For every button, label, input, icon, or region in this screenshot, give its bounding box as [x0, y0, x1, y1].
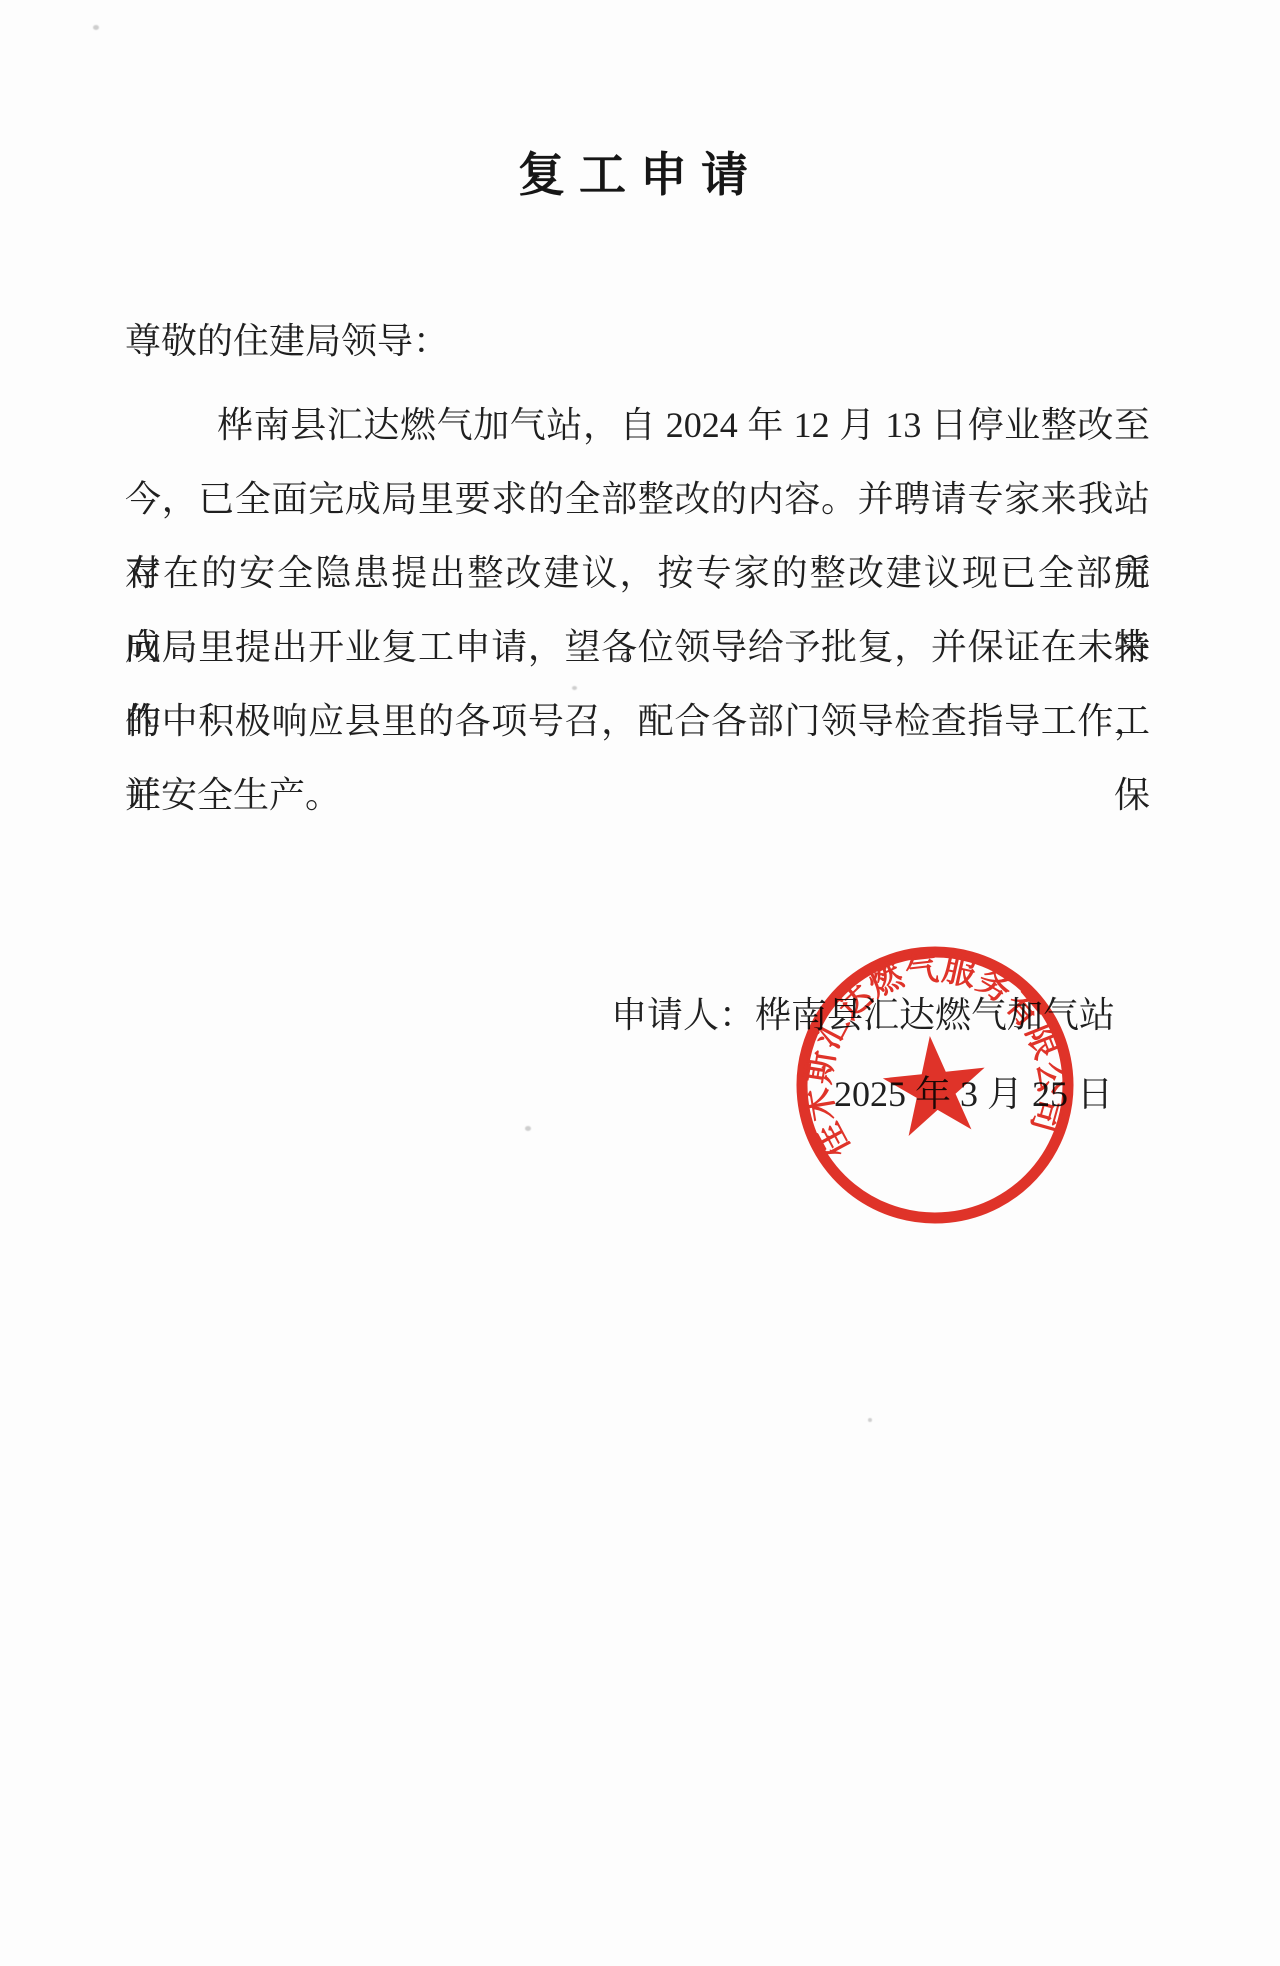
- scan-speck: [572, 686, 577, 690]
- scan-speck: [525, 1126, 531, 1131]
- body-line: 向局里提出开业复工申请，望各位领导给予批复，并保证在未来的工: [125, 610, 1150, 684]
- scan-speck: [868, 1418, 872, 1422]
- scan-speck: [93, 25, 99, 30]
- body-line: 作中积极响应县里的各项号召，配合各部门领导检查指导工作，并保: [125, 684, 1150, 758]
- body-paragraph: 桦南县汇达燃气加气站，自 2024 年 12 月 13 日停业整改至 今，已全面…: [125, 388, 1150, 832]
- application-date: 2025 年 3 月 25 日: [125, 1072, 1113, 1116]
- seal-arc-text: 佳木斯汇达燃气服务有限公司: [787, 938, 1074, 1165]
- document-page: 复工申请 尊敬的住建局领导： 桦南县汇达燃气加气站，自 2024 年 12 月 …: [0, 0, 1280, 1966]
- body-line: 存在的安全隐患提出整改建议，按专家的整改建议现已全部完成。特: [125, 536, 1150, 610]
- salutation: 尊敬的住建局领导：: [125, 318, 1150, 364]
- applicant-signature: 申请人：桦南县汇达燃气加气站: [125, 993, 1115, 1037]
- body-line: 桦南县汇达燃气加气站，自 2024 年 12 月 13 日停业整改至: [125, 388, 1150, 462]
- page-title: 复工申请: [0, 138, 1280, 205]
- body-line: 今，已全面完成局里要求的全部整改的内容。并聘请专家来我站对所: [125, 462, 1150, 536]
